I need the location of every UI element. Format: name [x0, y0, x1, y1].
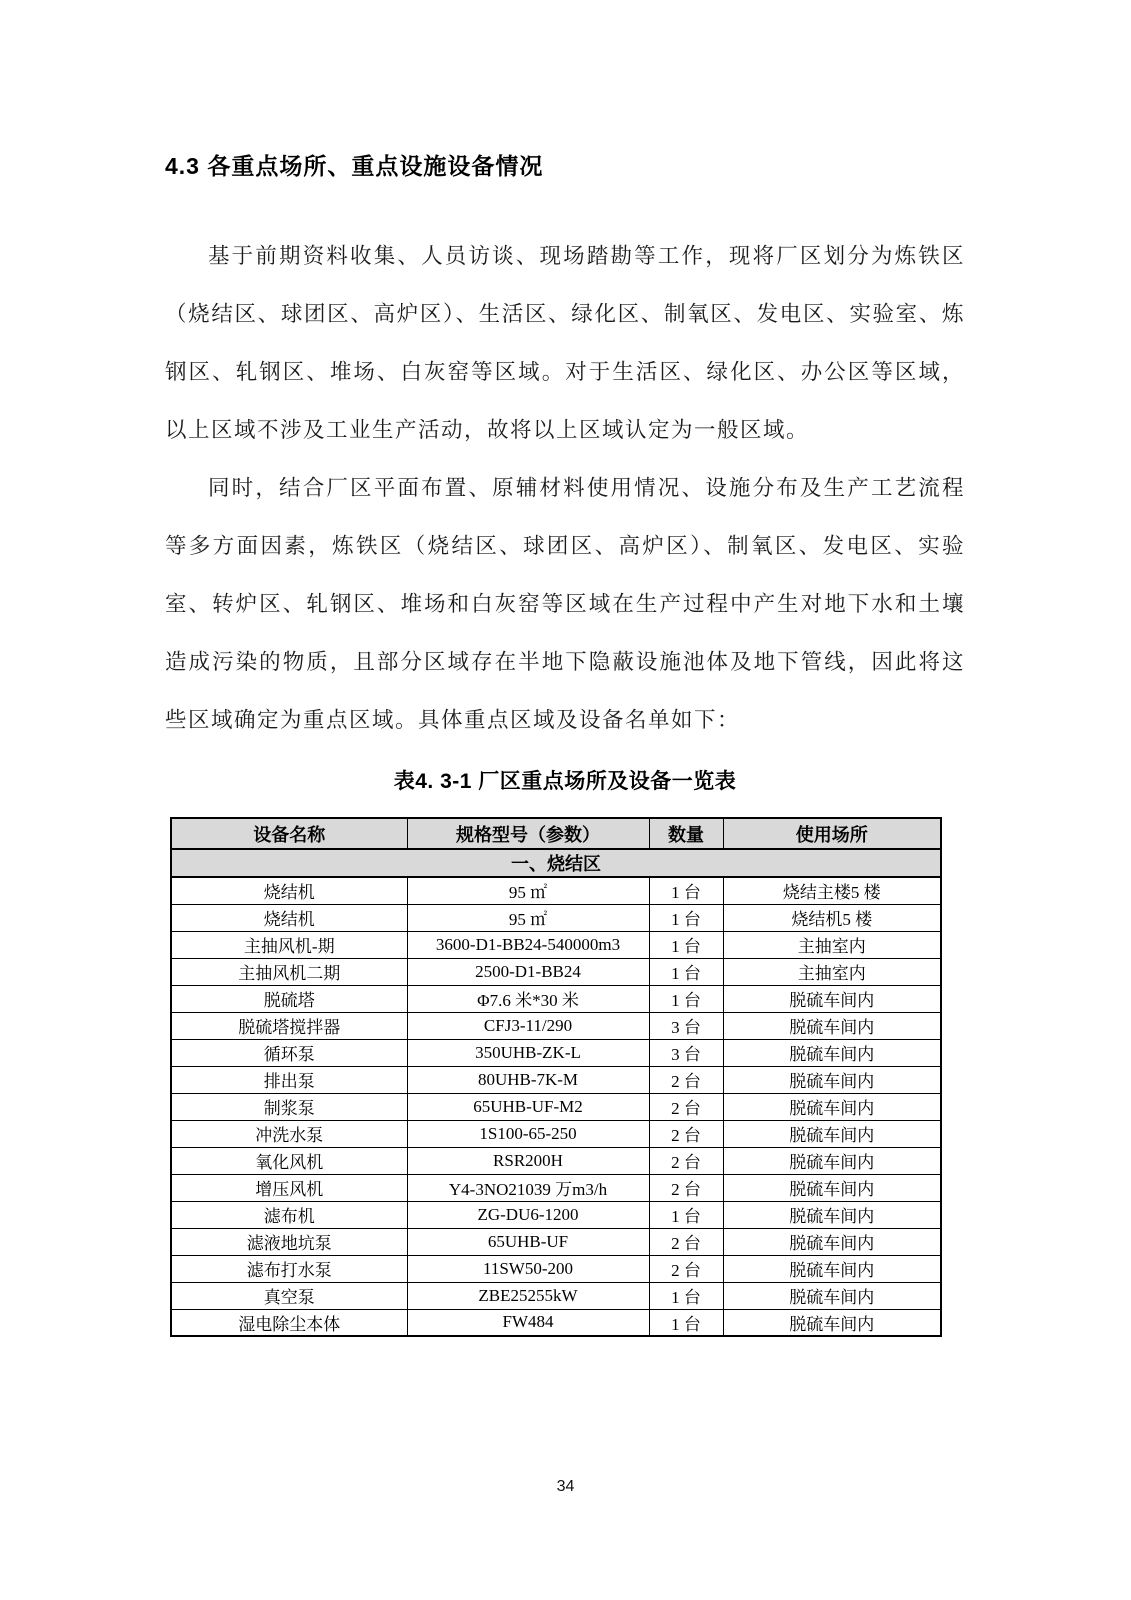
- table-row: 烧结机95 ㎡1 台烧结主楼5 楼: [171, 877, 941, 904]
- table-row: 滤布机ZG-DU6-12001 台脱硫车间内: [171, 1201, 941, 1228]
- table-cell: 2 台: [649, 1174, 723, 1201]
- column-header-usage-location: 使用场所: [723, 818, 941, 849]
- page-number: 34: [0, 1478, 1131, 1496]
- table-cell: 主抽风机-期: [171, 931, 407, 958]
- table-cell: 95 ㎡: [407, 904, 649, 931]
- table-row: 滤液地坑泵65UHB-UF2 台脱硫车间内: [171, 1228, 941, 1255]
- table-row: 制浆泵65UHB-UF-M22 台脱硫车间内: [171, 1093, 941, 1120]
- table-cell: 脱硫车间内: [723, 1174, 941, 1201]
- table-header-row: 设备名称 规格型号（参数） 数量 使用场所: [171, 818, 941, 849]
- table-cell: 2 台: [649, 1093, 723, 1120]
- paragraph-key-regions: 同时，结合厂区平面布置、原辅材料使用情况、设施分布及生产工艺流程等多方面因素，炼…: [165, 459, 965, 749]
- table-cell: 1 台: [649, 877, 723, 904]
- table-cell: Φ7.6 米*30 米: [407, 985, 649, 1012]
- table-cell: 脱硫车间内: [723, 1282, 941, 1309]
- table-cell: 氧化风机: [171, 1147, 407, 1174]
- table-cell: 脱硫车间内: [723, 1066, 941, 1093]
- table-cell: 主抽室内: [723, 931, 941, 958]
- table-cell: 1 台: [649, 1309, 723, 1336]
- table-cell: 主抽风机二期: [171, 958, 407, 985]
- table-cell: 1 台: [649, 958, 723, 985]
- table-cell: 滤布机: [171, 1201, 407, 1228]
- table-cell: 脱硫塔搅拌器: [171, 1012, 407, 1039]
- table-cell: FW484: [407, 1309, 649, 1336]
- table-section-row: 一、烧结区: [171, 849, 941, 877]
- table-cell: Y4-3NO21039 万m3/h: [407, 1174, 649, 1201]
- table-row: 循环泵350UHB-ZK-L3 台脱硫车间内: [171, 1039, 941, 1066]
- table-cell: 2 台: [649, 1147, 723, 1174]
- table-cell: 脱硫车间内: [723, 1147, 941, 1174]
- table-row: 主抽风机-期3600-D1-BB24-540000m31 台主抽室内: [171, 931, 941, 958]
- table-cell: 排出泵: [171, 1066, 407, 1093]
- table-cell: 脱硫车间内: [723, 1255, 941, 1282]
- table-cell: 95 ㎡: [407, 877, 649, 904]
- table-cell: 脱硫车间内: [723, 1228, 941, 1255]
- table-cell: 脱硫车间内: [723, 1093, 941, 1120]
- column-header-quantity: 数量: [649, 818, 723, 849]
- table-cell: 65UHB-UF: [407, 1228, 649, 1255]
- table-cell: ZBE25255kW: [407, 1282, 649, 1309]
- table-cell: 脱硫车间内: [723, 985, 941, 1012]
- table-cell: 1 台: [649, 985, 723, 1012]
- table-cell: 3600-D1-BB24-540000m3: [407, 931, 649, 958]
- table-cell: 1 台: [649, 904, 723, 931]
- table-cell: 80UHB-7K-M: [407, 1066, 649, 1093]
- table-cell: 2 台: [649, 1066, 723, 1093]
- table-row: 主抽风机二期2500-D1-BB241 台主抽室内: [171, 958, 941, 985]
- table-cell: 滤液地坑泵: [171, 1228, 407, 1255]
- table-cell: 350UHB-ZK-L: [407, 1039, 649, 1066]
- table-cell: 2 台: [649, 1228, 723, 1255]
- equipment-table: 设备名称 规格型号（参数） 数量 使用场所 一、烧结区 烧结机95 ㎡1 台烧结…: [170, 817, 942, 1337]
- table-cell: 增压风机: [171, 1174, 407, 1201]
- table-cell: 1S100-65-250: [407, 1120, 649, 1147]
- table-row: 脱硫塔Φ7.6 米*30 米1 台脱硫车间内: [171, 985, 941, 1012]
- table-cell: 烧结机5 楼: [723, 904, 941, 931]
- table-cell: 1 台: [649, 931, 723, 958]
- table-cell: 冲洗水泵: [171, 1120, 407, 1147]
- table-cell: CFJ3-11/290: [407, 1012, 649, 1039]
- table-row: 滤布打水泵11SW50-2002 台脱硫车间内: [171, 1255, 941, 1282]
- table-cell: 3 台: [649, 1039, 723, 1066]
- table-cell: 烧结机: [171, 877, 407, 904]
- table-row: 增压风机Y4-3NO21039 万m3/h2 台脱硫车间内: [171, 1174, 941, 1201]
- table-cell: 1 台: [649, 1282, 723, 1309]
- paragraph-region-division: 基于前期资料收集、人员访谈、现场踏勘等工作，现将厂区划分为炼铁区（烧结区、球团区…: [165, 227, 965, 459]
- table-row: 排出泵80UHB-7K-M2 台脱硫车间内: [171, 1066, 941, 1093]
- section-heading: 4.3 各重点场所、重点设施设备情况: [165, 148, 965, 181]
- column-header-device-name: 设备名称: [171, 818, 407, 849]
- table-title: 表4. 3-1 厂区重点场所及设备一览表: [165, 765, 965, 795]
- table-cell: 65UHB-UF-M2: [407, 1093, 649, 1120]
- table-cell: 湿电除尘本体: [171, 1309, 407, 1336]
- table-cell: 滤布打水泵: [171, 1255, 407, 1282]
- table-cell: 脱硫塔: [171, 985, 407, 1012]
- table-cell: 主抽室内: [723, 958, 941, 985]
- table-cell: 脱硫车间内: [723, 1201, 941, 1228]
- table-row: 湿电除尘本体FW4841 台脱硫车间内: [171, 1309, 941, 1336]
- table-cell: 脱硫车间内: [723, 1039, 941, 1066]
- table-cell: 烧结主楼5 楼: [723, 877, 941, 904]
- table-cell: 脱硫车间内: [723, 1120, 941, 1147]
- table-row: 冲洗水泵1S100-65-2502 台脱硫车间内: [171, 1120, 941, 1147]
- table-cell: 1 台: [649, 1201, 723, 1228]
- table-cell: 制浆泵: [171, 1093, 407, 1120]
- table-cell: 真空泵: [171, 1282, 407, 1309]
- table-cell: 3 台: [649, 1012, 723, 1039]
- table-cell: RSR200H: [407, 1147, 649, 1174]
- table-cell: 脱硫车间内: [723, 1012, 941, 1039]
- table-row: 烧结机95 ㎡1 台烧结机5 楼: [171, 904, 941, 931]
- table-row: 真空泵ZBE25255kW1 台脱硫车间内: [171, 1282, 941, 1309]
- table-cell: 循环泵: [171, 1039, 407, 1066]
- table-row: 脱硫塔搅拌器CFJ3-11/2903 台脱硫车间内: [171, 1012, 941, 1039]
- table-cell: 脱硫车间内: [723, 1309, 941, 1336]
- table-cell: 2 台: [649, 1255, 723, 1282]
- page-content: 4.3 各重点场所、重点设施设备情况 基于前期资料收集、人员访谈、现场踏勘等工作…: [165, 148, 965, 1337]
- section-label-sintering-area: 一、烧结区: [171, 849, 941, 877]
- table-row: 氧化风机RSR200H2 台脱硫车间内: [171, 1147, 941, 1174]
- table-cell: ZG-DU6-1200: [407, 1201, 649, 1228]
- table-cell: 2 台: [649, 1120, 723, 1147]
- table-cell: 烧结机: [171, 904, 407, 931]
- column-header-spec-model: 规格型号（参数）: [407, 818, 649, 849]
- document-page: 4.3 各重点场所、重点设施设备情况 基于前期资料收集、人员访谈、现场踏勘等工作…: [0, 0, 1131, 1600]
- table-cell: 11SW50-200: [407, 1255, 649, 1282]
- table-cell: 2500-D1-BB24: [407, 958, 649, 985]
